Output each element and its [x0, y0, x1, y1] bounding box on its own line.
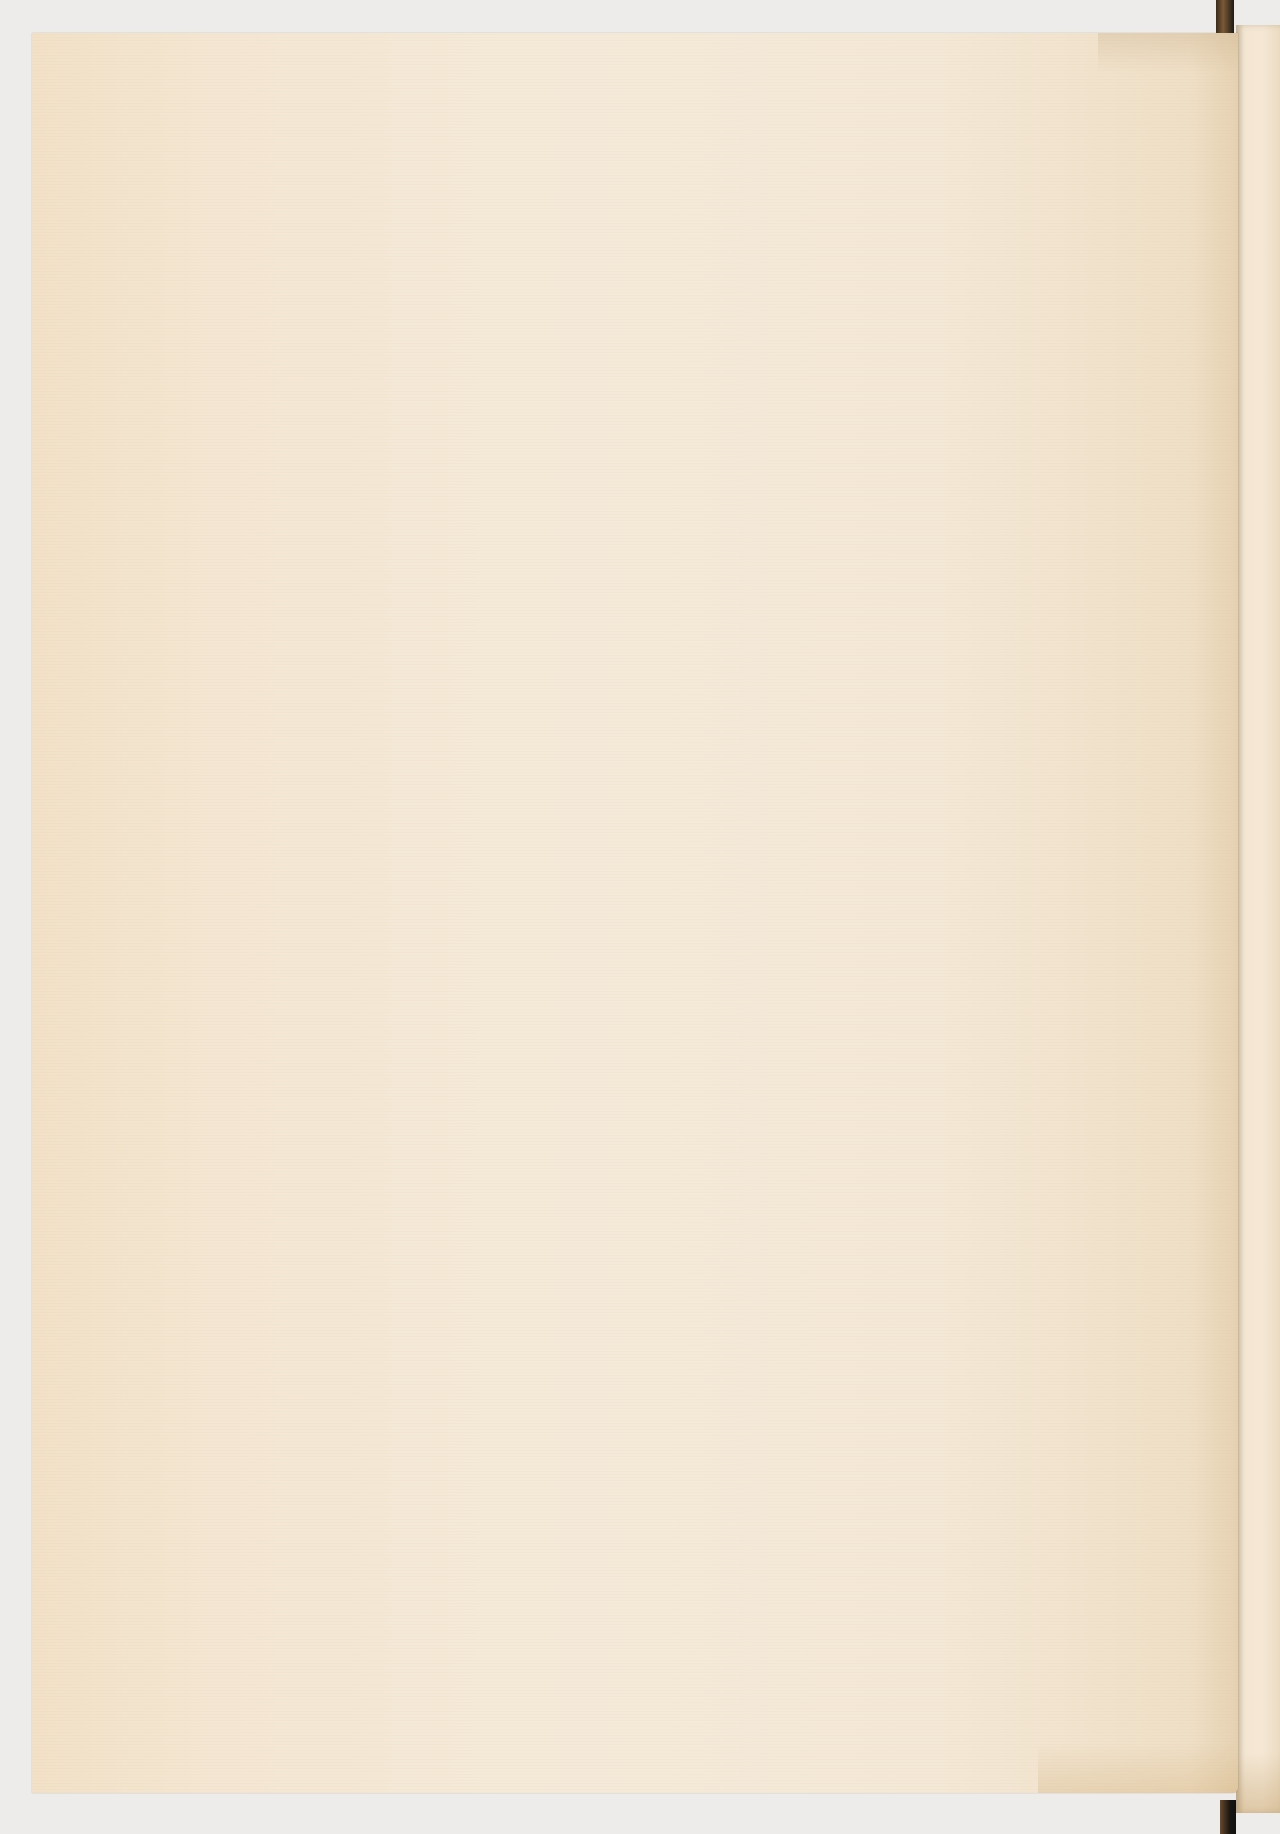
adjacent-page-edge — [1236, 25, 1280, 1813]
page-text — [32, 33, 33, 34]
scanned-document — [0, 0, 1280, 1834]
blank-page — [32, 33, 1238, 1793]
book-spine-top — [1216, 0, 1234, 34]
book-spine-bottom — [1220, 1800, 1236, 1834]
